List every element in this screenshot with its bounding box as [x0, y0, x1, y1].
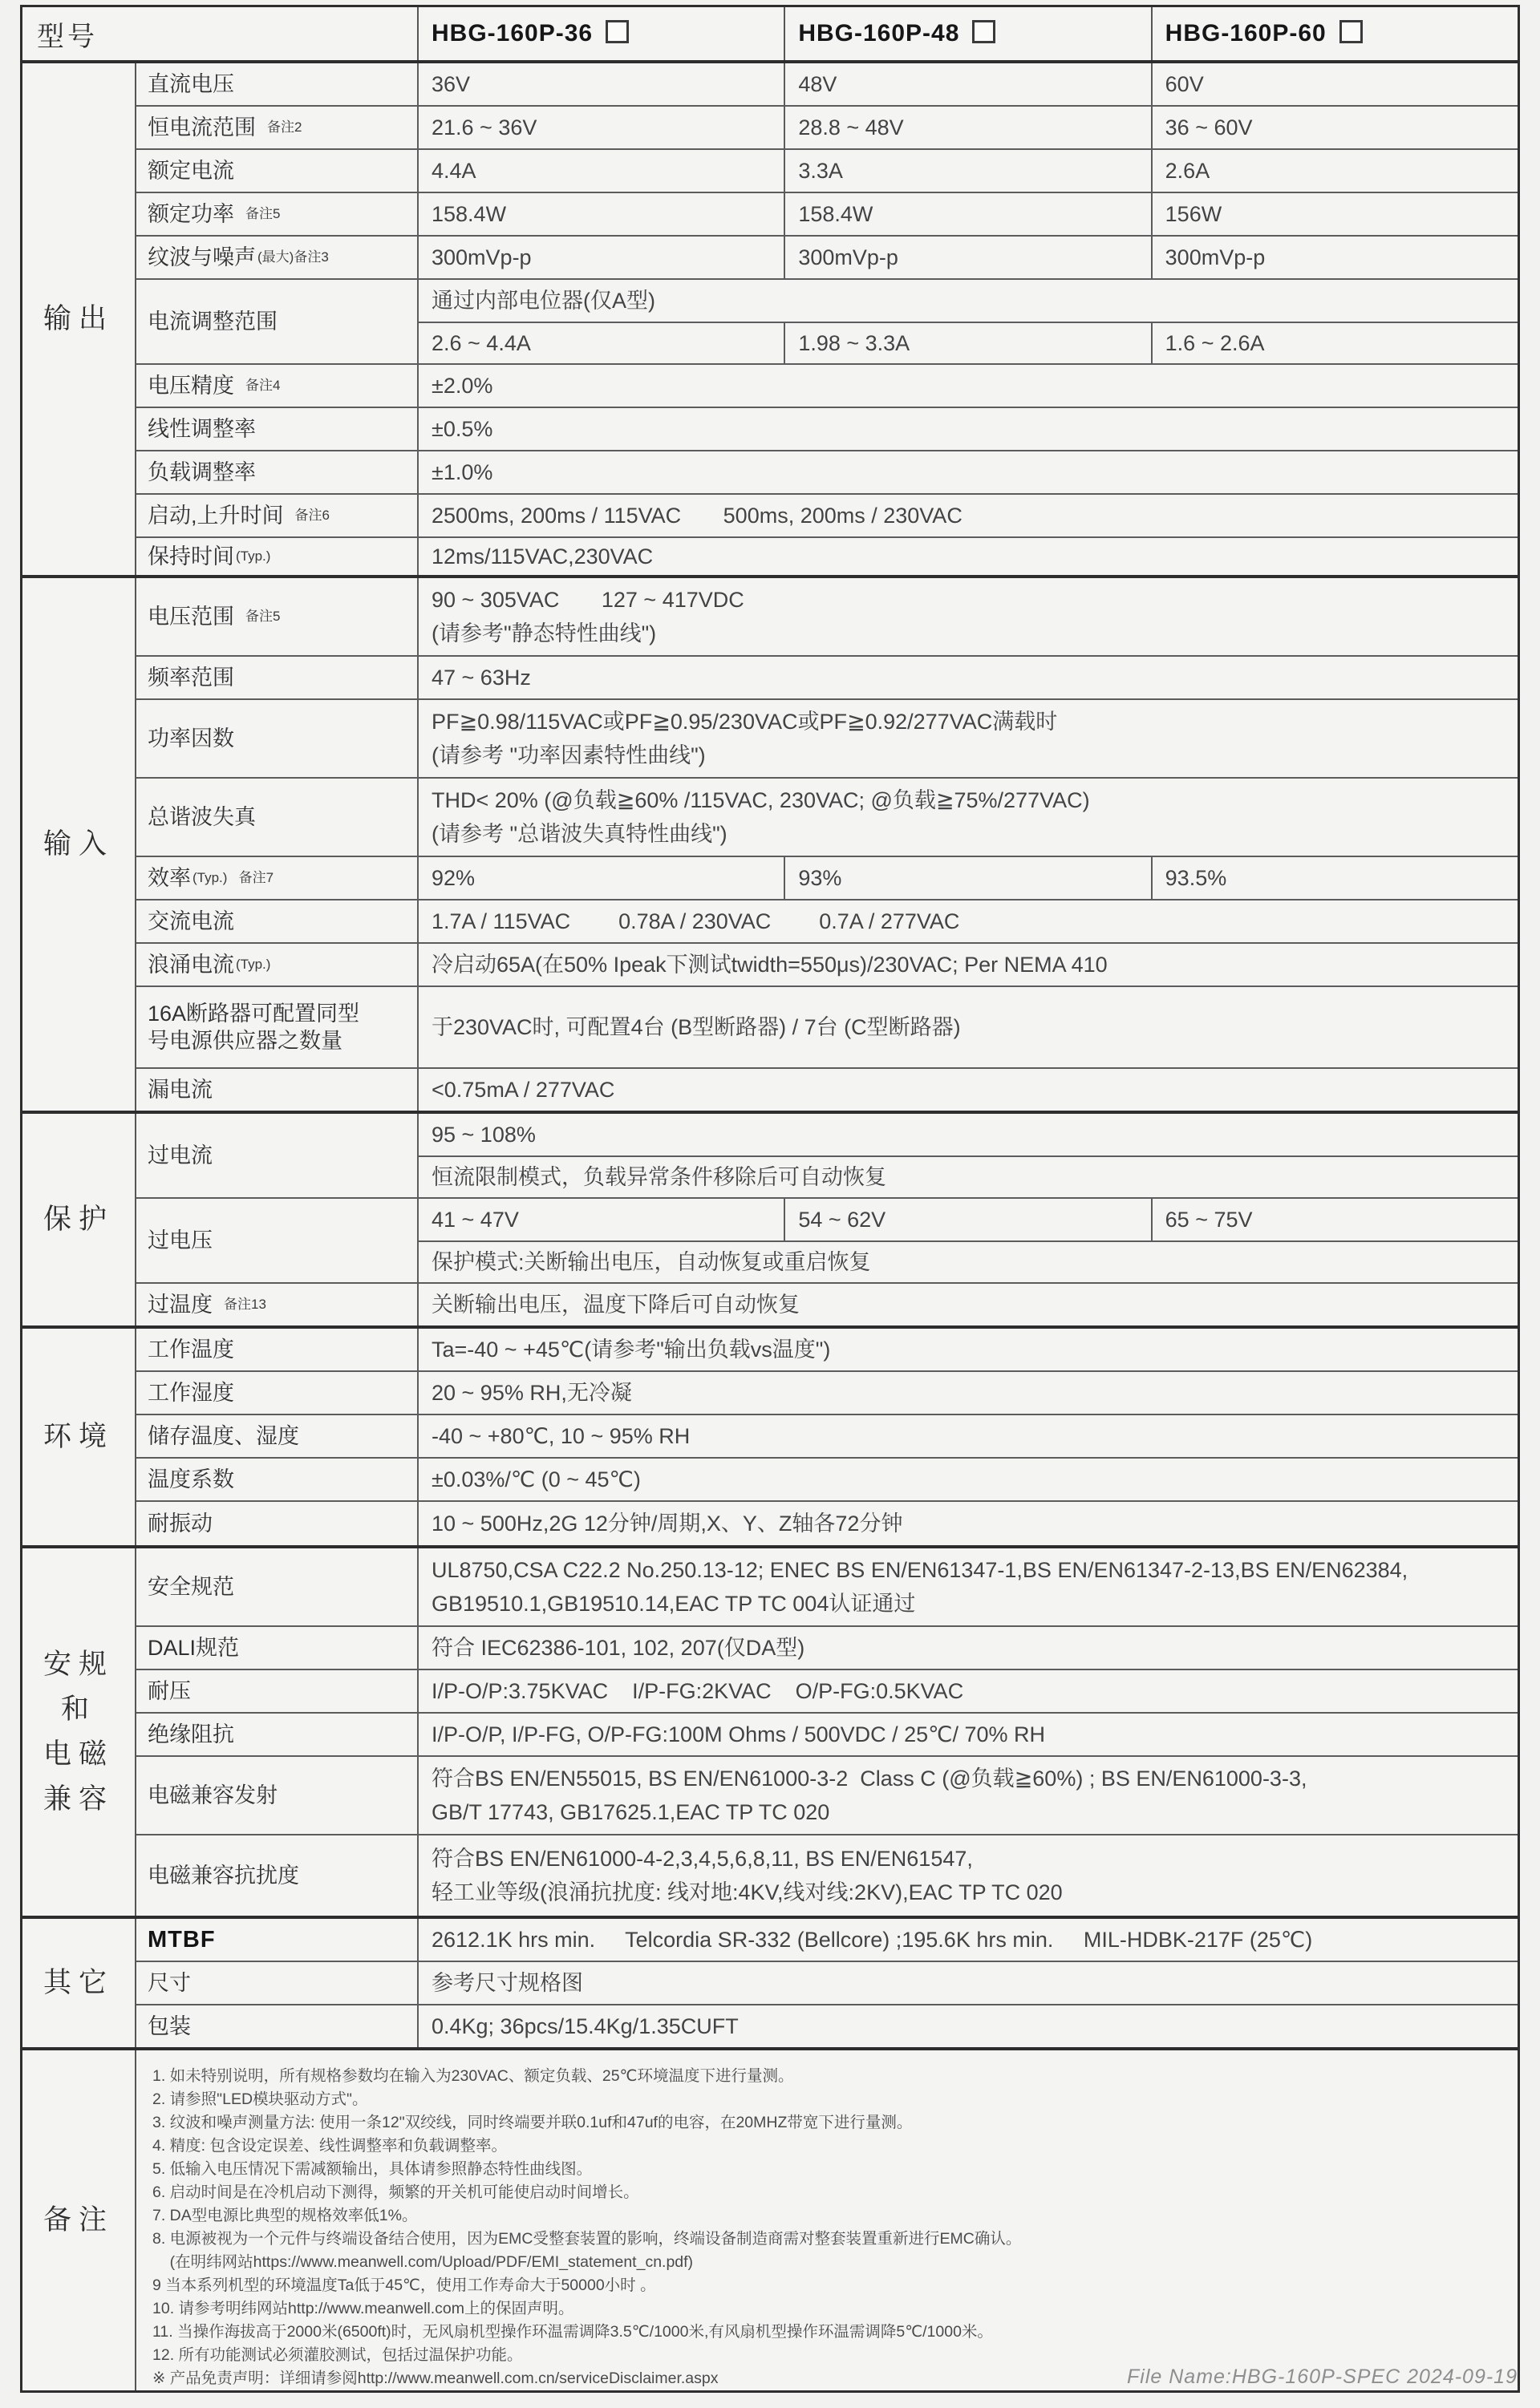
model-name-60: HBG-160P-60 — [1165, 20, 1327, 47]
model-header-row: 型号 HBG-160P-36 HBG-160P-48 HBG-160P-60 — [22, 7, 1518, 60]
spec-label: 电磁兼容抗扰度 — [136, 1835, 419, 1916]
spec-value-cell: 冷启动65A(在50% Ipeak下测试twidth=550μs)/230VAC… — [419, 944, 1518, 985]
spec-label: 功率因数 — [136, 700, 419, 777]
spec-label: 效率(Typ.) 备注7 — [136, 857, 419, 899]
spec-value-cell: 41 ~ 47V — [419, 1199, 784, 1240]
spec-table: 型号 HBG-160P-36 HBG-160P-48 HBG-160P-60 输… — [20, 5, 1520, 2393]
spec-values: I/P-O/P:3.75KVAC I/P-FG:2KVAC O/P-FG:0.5… — [419, 1670, 1518, 1712]
spec-label-text: 恒电流范围 — [148, 114, 256, 141]
spec-label-text: 耐压 — [148, 1678, 191, 1705]
spec-value-cell: 36 ~ 60V — [1151, 107, 1518, 148]
spec-label: 工作温度 — [136, 1329, 419, 1370]
spec-values: -40 ~ +80℃, 10 ~ 95% RH — [419, 1415, 1518, 1457]
spec-value-row: 300mVp-p300mVp-p300mVp-p — [419, 237, 1518, 278]
spec-row: 电流调整范围通过内部电位器(仅A型)2.6 ~ 4.4A1.98 ~ 3.3A1… — [136, 278, 1518, 363]
spec-label: 总谐波失真 — [136, 779, 419, 856]
spec-row: 线性调整率±0.5% — [136, 407, 1518, 450]
spec-row: 总谐波失真THD< 20% (@负载≧60% /115VAC, 230VAC; … — [136, 777, 1518, 856]
spec-values: 92%93%93.5% — [419, 857, 1518, 899]
spec-row: 温度系数±0.03%/℃ (0 ~ 45℃) — [136, 1457, 1518, 1500]
note-line-3: 3. 纹波和噪声测量方法: 使用一条12"双绞线，同时终端要并联0.1uf和47… — [152, 2111, 1501, 2135]
spec-value-cell: I/P-O/P, I/P-FG, O/P-FG:100M Ohms / 500V… — [419, 1714, 1518, 1755]
spec-row: 电磁兼容发射符合BS EN/EN55015, BS EN/EN61000-3-2… — [136, 1755, 1518, 1834]
spec-label-text: 电压精度 — [148, 372, 234, 399]
spec-value-cell: PF≧0.98/115VAC或PF≧0.95/230VAC或PF≧0.92/27… — [419, 700, 1518, 777]
spec-value-cell: 93.5% — [1151, 857, 1518, 899]
section-rows-input: 电压范围备注590 ~ 305VAC 127 ~ 417VDC (请参考"静态特… — [136, 578, 1518, 1111]
note-line-5: 5. 低输入电压情况下需减额输出，具体请参照静态特性曲线图。 — [152, 2158, 1501, 2181]
spec-label: 16A断路器可配置同型 号电源供应器之数量 — [136, 987, 419, 1067]
spec-row: 额定功率备注5158.4W158.4W156W — [136, 192, 1518, 235]
note-line-1: 1. 如未特别说明，所有规格参数均在输入为230VAC、额定负载、25℃环境温度… — [152, 2065, 1501, 2088]
spec-value-cell: 2.6 ~ 4.4A — [419, 323, 784, 363]
spec-row: 过温度备注13关断输出电压，温度下降后可自动恢复 — [136, 1282, 1518, 1325]
spec-value-cell: 0.4Kg; 36pcs/15.4Kg/1.35CUFT — [419, 2005, 1518, 2047]
note-line-12: 11. 当操作海拔高于2000米(6500ft)时，无风扇机型操作环温需调降3.… — [152, 2321, 1501, 2344]
spec-row: MTBF2612.1K hrs min. Telcordia SR-332 (B… — [136, 1919, 1518, 1961]
section-safety-emc: 安规 和 电磁 兼容安全规范UL8750,CSA C22.2 No.250.13… — [22, 1545, 1518, 1916]
spec-row: 过电压41 ~ 47V54 ~ 62V65 ~ 75V保护模式:关断输出电压，自… — [136, 1197, 1518, 1282]
spec-label: 过电流 — [136, 1114, 419, 1197]
spec-value-row: ±0.03%/℃ (0 ~ 45℃) — [419, 1459, 1518, 1500]
spec-value-row: 10 ~ 500Hz,2G 12分钟/周期,X、Y、Z轴各72分钟 — [419, 1502, 1518, 1545]
spec-label: 浪涌电流(Typ.) — [136, 944, 419, 985]
spec-row: 纹波与噪声(最大)备注3300mVp-p300mVp-p300mVp-p — [136, 235, 1518, 278]
spec-value-row: 12ms/115VAC,230VAC — [419, 538, 1518, 575]
spec-label-note: (Typ.) — [236, 951, 270, 978]
spec-values: 20 ~ 95% RH,无冷凝 — [419, 1372, 1518, 1414]
spec-value-cell: ±0.5% — [419, 408, 1518, 450]
spec-label: 启动,上升时间备注6 — [136, 495, 419, 536]
spec-row: 过电流95 ~ 108%恒流限制模式，负载异常条件移除后可自动恢复 — [136, 1114, 1518, 1197]
spec-row: 储存温度、湿度-40 ~ +80℃, 10 ~ 95% RH — [136, 1414, 1518, 1457]
spec-label: 负载调整率 — [136, 451, 419, 493]
spec-label-text: DALI规范 — [148, 1634, 239, 1661]
spec-value-row: 90 ~ 305VAC 127 ~ 417VDC (请参考"静态特性曲线") — [419, 578, 1518, 655]
spec-label-note: 备注5 — [245, 200, 280, 228]
spec-label: 温度系数 — [136, 1459, 419, 1500]
spec-label-note: 备注6 — [295, 502, 330, 529]
spec-label-note: (Typ.) 备注7 — [192, 864, 274, 892]
spec-values: 关断输出电压，温度下降后可自动恢复 — [419, 1284, 1518, 1325]
spec-row: 耐压I/P-O/P:3.75KVAC I/P-FG:2KVAC O/P-FG:0… — [136, 1669, 1518, 1712]
spec-value-cell: 28.8 ~ 48V — [784, 107, 1150, 148]
spec-row: 绝缘阻抗I/P-O/P, I/P-FG, O/P-FG:100M Ohms / … — [136, 1712, 1518, 1755]
spec-value-cell: 恒流限制模式，负载异常条件移除后可自动恢复 — [419, 1157, 1518, 1197]
spec-value-row: 符合BS EN/EN55015, BS EN/EN61000-3-2 Class… — [419, 1757, 1518, 1834]
spec-value-row: PF≧0.98/115VAC或PF≧0.95/230VAC或PF≧0.92/27… — [419, 700, 1518, 777]
spec-row: 工作温度Ta=-40 ~ +45℃(请参考"输出负载vs温度") — [136, 1329, 1518, 1370]
spec-label-text: 额定电流 — [148, 157, 234, 184]
spec-values: 2612.1K hrs min. Telcordia SR-332 (Bellc… — [419, 1919, 1518, 1961]
spec-label-text: 浪涌电流 — [148, 951, 234, 978]
spec-label-text: 尺寸 — [148, 1969, 191, 1997]
spec-label-text: 纹波与噪声 — [148, 244, 256, 271]
spec-row: 漏电流<0.75mA / 277VAC — [136, 1067, 1518, 1111]
model-header-36: HBG-160P-36 — [417, 7, 784, 60]
spec-value-row: 2500ms, 200ms / 115VAC 500ms, 200ms / 23… — [419, 495, 1518, 536]
spec-value-row: I/P-O/P:3.75KVAC I/P-FG:2KVAC O/P-FG:0.5… — [419, 1670, 1518, 1712]
model-checkbox-60 — [1339, 20, 1363, 43]
spec-value-row: UL8750,CSA C22.2 No.250.13-12; ENEC BS E… — [419, 1548, 1518, 1625]
spec-values: 参考尺寸规格图 — [419, 1962, 1518, 2004]
spec-row: 浪涌电流(Typ.)冷启动65A(在50% Ipeak下测试twidth=550… — [136, 942, 1518, 985]
spec-label-text: 频率范围 — [148, 664, 234, 691]
section-category-others: 其它 — [22, 1919, 136, 2047]
section-rows-output: 直流电压36V48V60V恒电流范围备注221.6 ~ 36V28.8 ~ 48… — [136, 63, 1518, 575]
spec-label-text: 安全规范 — [148, 1573, 234, 1601]
spec-values: 47 ~ 63Hz — [419, 657, 1518, 698]
spec-value-row: Ta=-40 ~ +45℃(请参考"输出负载vs温度") — [419, 1329, 1518, 1370]
spec-value-row: -40 ~ +80℃, 10 ~ 95% RH — [419, 1415, 1518, 1457]
spec-label: 耐压 — [136, 1670, 419, 1712]
spec-value-cell: 保护模式:关断输出电压，自动恢复或重启恢复 — [419, 1242, 1518, 1282]
note-line-9: (在明纬网站https://www.meanwell.com/Upload/PD… — [152, 2251, 1501, 2274]
spec-value-cell: 158.4W — [784, 193, 1150, 235]
spec-label-text: 直流电压 — [148, 71, 234, 98]
spec-label: 尺寸 — [136, 1962, 419, 2004]
spec-value-cell: 36V — [419, 63, 784, 105]
spec-label-text: 效率 — [148, 864, 191, 892]
spec-row: 效率(Typ.) 备注792%93%93.5% — [136, 856, 1518, 899]
spec-value-cell: 2.6A — [1151, 150, 1518, 192]
section-notes: 备注1. 如未特别说明，所有规格参数均在输入为230VAC、额定负载、25℃环境… — [22, 2047, 1518, 2390]
spec-label: 包装 — [136, 2005, 419, 2047]
spec-value-row: 通过内部电位器(仅A型) — [419, 280, 1518, 322]
spec-value-cell: 符合BS EN/EN61000-4-2,3,4,5,6,8,11, BS EN/… — [419, 1835, 1518, 1916]
spec-values: UL8750,CSA C22.2 No.250.13-12; ENEC BS E… — [419, 1548, 1518, 1625]
section-rows-notes: 1. 如未特别说明，所有规格参数均在输入为230VAC、额定负载、25℃环境温度… — [136, 2050, 1518, 2390]
spec-label-text: 交流电流 — [148, 908, 234, 935]
spec-values: 21.6 ~ 36V28.8 ~ 48V36 ~ 60V — [419, 107, 1518, 148]
spec-sheet-page: 型号 HBG-160P-36 HBG-160P-48 HBG-160P-60 输… — [0, 0, 1540, 2408]
spec-value-cell: ±0.03%/℃ (0 ~ 45℃) — [419, 1459, 1518, 1500]
spec-value-cell: ±2.0% — [419, 365, 1518, 407]
section-output: 输出直流电压36V48V60V恒电流范围备注221.6 ~ 36V28.8 ~ … — [22, 60, 1518, 575]
spec-value-cell: 2500ms, 200ms / 115VAC 500ms, 200ms / 23… — [419, 495, 1518, 536]
spec-value-cell: 65 ~ 75V — [1151, 1199, 1518, 1240]
spec-values: ±0.5% — [419, 408, 1518, 450]
spec-label-text: 包装 — [148, 2013, 191, 2040]
spec-label: MTBF — [136, 1919, 419, 1961]
spec-label-text: 过电压 — [148, 1227, 213, 1254]
spec-value-cell: 21.6 ~ 36V — [419, 107, 784, 148]
spec-value-cell: 300mVp-p — [1151, 237, 1518, 278]
spec-value-row: <0.75mA / 277VAC — [419, 1069, 1518, 1111]
spec-row: 16A断路器可配置同型 号电源供应器之数量于230VAC时, 可配置4台 (B型… — [136, 985, 1518, 1067]
spec-label-text: 额定功率 — [148, 200, 234, 228]
spec-values: 12ms/115VAC,230VAC — [419, 538, 1518, 575]
spec-value-cell: 54 ~ 62V — [784, 1199, 1150, 1240]
section-category-input: 输入 — [22, 578, 136, 1111]
section-category-environment: 环境 — [22, 1329, 136, 1545]
spec-label: 恒电流范围备注2 — [136, 107, 419, 148]
spec-value-cell: 12ms/115VAC,230VAC — [419, 538, 1518, 575]
spec-label-note: 备注4 — [245, 372, 280, 399]
spec-value-row: 符合 IEC62386-101, 102, 207(仅DA型) — [419, 1627, 1518, 1669]
spec-value-cell: 通过内部电位器(仅A型) — [419, 280, 1518, 322]
spec-label-note: 备注13 — [224, 1291, 266, 1318]
spec-label-text: 电压范围 — [148, 603, 234, 630]
spec-label-note: (最大)备注3 — [257, 244, 329, 271]
spec-values: 于230VAC时, 可配置4台 (B型断路器) / 7台 (C型断路器) — [419, 987, 1518, 1067]
spec-value-cell: 300mVp-p — [419, 237, 784, 278]
spec-value-row: 保护模式:关断输出电压，自动恢复或重启恢复 — [419, 1240, 1518, 1282]
spec-value-cell: ±1.0% — [419, 451, 1518, 493]
spec-label-text: 电磁兼容抗扰度 — [148, 1862, 299, 1889]
spec-value-row: 4.4A3.3A2.6A — [419, 150, 1518, 192]
spec-label: 过温度备注13 — [136, 1284, 419, 1325]
spec-label: 绝缘阻抗 — [136, 1714, 419, 1755]
spec-label: 保持时间(Typ.) — [136, 538, 419, 575]
spec-value-row: 47 ~ 63Hz — [419, 657, 1518, 698]
spec-value-cell: -40 ~ +80℃, 10 ~ 95% RH — [419, 1415, 1518, 1457]
spec-label-text: MTBF — [148, 1926, 216, 1953]
model-checkbox-36 — [606, 20, 629, 43]
spec-row: 尺寸参考尺寸规格图 — [136, 1961, 1518, 2004]
spec-value-cell: 2612.1K hrs min. Telcordia SR-332 (Bellc… — [419, 1919, 1518, 1961]
spec-value-cell: 92% — [419, 857, 784, 899]
spec-label-text: 工作温度 — [148, 1336, 234, 1363]
spec-value-cell: 93% — [784, 857, 1150, 899]
spec-label: 电压范围备注5 — [136, 578, 419, 655]
spec-value-cell: <0.75mA / 277VAC — [419, 1069, 1518, 1111]
spec-values: 158.4W158.4W156W — [419, 193, 1518, 235]
spec-label: 安全规范 — [136, 1548, 419, 1625]
spec-label-text: 16A断路器可配置同型 号电源供应器之数量 — [148, 1000, 359, 1054]
spec-value-cell: 156W — [1151, 193, 1518, 235]
spec-values: 1.7A / 115VAC 0.78A / 230VAC 0.7A / 277V… — [419, 900, 1518, 942]
spec-label-text: 工作湿度 — [148, 1379, 234, 1406]
spec-row: 频率范围47 ~ 63Hz — [136, 655, 1518, 698]
spec-row: 负载调整率±1.0% — [136, 450, 1518, 493]
spec-label-note: 备注2 — [267, 114, 302, 141]
spec-value-cell: 20 ~ 95% RH,无冷凝 — [419, 1372, 1518, 1414]
spec-value-row: I/P-O/P, I/P-FG, O/P-FG:100M Ohms / 500V… — [419, 1714, 1518, 1755]
spec-label: 漏电流 — [136, 1069, 419, 1111]
spec-row: 额定电流4.4A3.3A2.6A — [136, 148, 1518, 192]
spec-value-cell: 60V — [1151, 63, 1518, 105]
spec-values: THD< 20% (@负载≧60% /115VAC, 230VAC; @负载≧7… — [419, 779, 1518, 856]
spec-label: 额定电流 — [136, 150, 419, 192]
spec-row: 电压范围备注590 ~ 305VAC 127 ~ 417VDC (请参考"静态特… — [136, 578, 1518, 655]
spec-values: <0.75mA / 277VAC — [419, 1069, 1518, 1111]
spec-value-row: 21.6 ~ 36V28.8 ~ 48V36 ~ 60V — [419, 107, 1518, 148]
spec-label-text: 线性调整率 — [148, 415, 256, 443]
spec-value-cell: 参考尺寸规格图 — [419, 1962, 1518, 2004]
spec-values: 符合BS EN/EN55015, BS EN/EN61000-3-2 Class… — [419, 1757, 1518, 1834]
note-line-10: 9 当本系列机型的环境温度Ta低于45℃，使用工作寿命大于50000小时 。 — [152, 2274, 1501, 2297]
spec-value-cell: 10 ~ 500Hz,2G 12分钟/周期,X、Y、Z轴各72分钟 — [419, 1502, 1518, 1545]
spec-value-cell: I/P-O/P:3.75KVAC I/P-FG:2KVAC O/P-FG:0.5… — [419, 1670, 1518, 1712]
spec-label-text: 总谐波失真 — [148, 803, 256, 831]
model-checkbox-48 — [972, 20, 995, 43]
spec-label-text: 绝缘阻抗 — [148, 1721, 234, 1748]
section-others: 其它MTBF2612.1K hrs min. Telcordia SR-332 … — [22, 1916, 1518, 2047]
spec-value-cell: 4.4A — [419, 150, 784, 192]
spec-value-cell: 47 ~ 63Hz — [419, 657, 1518, 698]
section-category-safety-emc: 安规 和 电磁 兼容 — [22, 1548, 136, 1916]
spec-label-text: 温度系数 — [148, 1466, 234, 1493]
section-category-output: 输出 — [22, 63, 136, 575]
spec-value-cell: 关断输出电压，温度下降后可自动恢复 — [419, 1284, 1518, 1325]
spec-label-text: 储存温度、湿度 — [148, 1423, 299, 1450]
spec-label: 额定功率备注5 — [136, 193, 419, 235]
note-line-11: 10. 请参考明纬网站http://www.meanwell.com上的保固声明… — [152, 2297, 1501, 2321]
spec-value-row: 0.4Kg; 36pcs/15.4Kg/1.35CUFT — [419, 2005, 1518, 2047]
note-line-13: 12. 所有功能测试必须灌胶测试，包括过温保护功能。 — [152, 2344, 1501, 2367]
spec-value-row: 参考尺寸规格图 — [419, 1962, 1518, 2004]
spec-label: 过电压 — [136, 1199, 419, 1282]
section-environment: 环境工作温度Ta=-40 ~ +45℃(请参考"输出负载vs温度")工作湿度20… — [22, 1325, 1518, 1545]
model-header-60: HBG-160P-60 — [1151, 7, 1518, 60]
spec-value-row: 2.6 ~ 4.4A1.98 ~ 3.3A1.6 ~ 2.6A — [419, 322, 1518, 363]
spec-value-row: 20 ~ 95% RH,无冷凝 — [419, 1372, 1518, 1414]
model-header-48: HBG-160P-48 — [784, 7, 1150, 60]
spec-value-cell: 符合 IEC62386-101, 102, 207(仅DA型) — [419, 1627, 1518, 1669]
spec-value-row: ±0.5% — [419, 408, 1518, 450]
spec-value-cell: 符合BS EN/EN55015, BS EN/EN61000-3-2 Class… — [419, 1757, 1518, 1834]
section-category-notes: 备注 — [22, 2050, 136, 2390]
note-line-2: 2. 请参照"LED模块驱动方式"。 — [152, 2088, 1501, 2111]
spec-label-text: 功率因数 — [148, 725, 234, 752]
spec-values: 2500ms, 200ms / 115VAC 500ms, 200ms / 23… — [419, 495, 1518, 536]
spec-values: Ta=-40 ~ +45℃(请参考"输出负载vs温度") — [419, 1329, 1518, 1370]
spec-value-row: 158.4W158.4W156W — [419, 193, 1518, 235]
spec-label-text: 耐振动 — [148, 1510, 213, 1537]
spec-row: 功率因数PF≧0.98/115VAC或PF≧0.95/230VAC或PF≧0.9… — [136, 698, 1518, 777]
spec-label-text: 过电流 — [148, 1142, 213, 1169]
spec-value-cell: 48V — [784, 63, 1150, 105]
spec-label: 线性调整率 — [136, 408, 419, 450]
spec-values: 95 ~ 108%恒流限制模式，负载异常条件移除后可自动恢复 — [419, 1114, 1518, 1197]
spec-label-text: 负载调整率 — [148, 459, 256, 486]
spec-values: 通过内部电位器(仅A型)2.6 ~ 4.4A1.98 ~ 3.3A1.6 ~ 2… — [419, 280, 1518, 363]
spec-value-cell: 于230VAC时, 可配置4台 (B型断路器) / 7台 (C型断路器) — [419, 987, 1518, 1067]
spec-values: 符合BS EN/EN61000-4-2,3,4,5,6,8,11, BS EN/… — [419, 1835, 1518, 1916]
spec-value-row: 95 ~ 108% — [419, 1114, 1518, 1155]
spec-value-cell: THD< 20% (@负载≧60% /115VAC, 230VAC; @负载≧7… — [419, 779, 1518, 856]
section-rows-protection: 过电流95 ~ 108%恒流限制模式，负载异常条件移除后可自动恢复过电压41 ~… — [136, 1114, 1518, 1325]
spec-label: 电压精度备注4 — [136, 365, 419, 407]
spec-value-row: 1.7A / 115VAC 0.78A / 230VAC 0.7A / 277V… — [419, 900, 1518, 942]
spec-value-row: 2612.1K hrs min. Telcordia SR-332 (Bellc… — [419, 1919, 1518, 1961]
spec-value-cell: 1.98 ~ 3.3A — [784, 323, 1150, 363]
spec-value-row: THD< 20% (@负载≧60% /115VAC, 230VAC; @负载≧7… — [419, 779, 1518, 856]
spec-label-text: 漏电流 — [148, 1076, 213, 1103]
note-line-6: 6. 启动时间是在冷机启动下测得，频繁的开关机可能使启动时间增长。 — [152, 2181, 1501, 2204]
spec-values: ±1.0% — [419, 451, 1518, 493]
model-name-48: HBG-160P-48 — [798, 20, 959, 47]
spec-label: 储存温度、湿度 — [136, 1415, 419, 1457]
spec-value-cell: 90 ~ 305VAC 127 ~ 417VDC (请参考"静态特性曲线") — [419, 578, 1518, 655]
spec-values: 符合 IEC62386-101, 102, 207(仅DA型) — [419, 1627, 1518, 1669]
spec-values: 冷启动65A(在50% Ipeak下测试twidth=550μs)/230VAC… — [419, 944, 1518, 985]
spec-label-note: (Typ.) — [236, 543, 270, 570]
spec-label-note: 备注5 — [245, 603, 280, 630]
spec-values: 90 ~ 305VAC 127 ~ 417VDC (请参考"静态特性曲线") — [419, 578, 1518, 655]
notes-cell: 1. 如未特别说明，所有规格参数均在输入为230VAC、额定负载、25℃环境温度… — [136, 2050, 1518, 2390]
spec-row: 直流电压36V48V60V — [136, 63, 1518, 105]
spec-values: 4.4A3.3A2.6A — [419, 150, 1518, 192]
spec-label-text: 过温度 — [148, 1291, 213, 1318]
spec-label: 频率范围 — [136, 657, 419, 698]
spec-label: 电磁兼容发射 — [136, 1757, 419, 1834]
spec-row: 耐振动10 ~ 500Hz,2G 12分钟/周期,X、Y、Z轴各72分钟 — [136, 1500, 1518, 1545]
spec-value-row: 关断输出电压，温度下降后可自动恢复 — [419, 1284, 1518, 1325]
spec-value-row: 冷启动65A(在50% Ipeak下测试twidth=550μs)/230VAC… — [419, 944, 1518, 985]
file-name-footer: File Name:HBG-160P-SPEC 2024-09-19 — [1127, 2366, 1518, 2389]
spec-value-row: ±2.0% — [419, 365, 1518, 407]
spec-values: I/P-O/P, I/P-FG, O/P-FG:100M Ohms / 500V… — [419, 1714, 1518, 1755]
spec-value-cell: Ta=-40 ~ +45℃(请参考"输出负载vs温度") — [419, 1329, 1518, 1370]
spec-label: 工作湿度 — [136, 1372, 419, 1414]
spec-value-row: 符合BS EN/EN61000-4-2,3,4,5,6,8,11, BS EN/… — [419, 1835, 1518, 1916]
model-header-label: 型号 — [22, 7, 417, 60]
spec-label: 电流调整范围 — [136, 280, 419, 363]
spec-value-row: ±1.0% — [419, 451, 1518, 493]
spec-value-cell: 300mVp-p — [784, 237, 1150, 278]
spec-value-cell: 1.6 ~ 2.6A — [1151, 323, 1518, 363]
spec-row: 安全规范UL8750,CSA C22.2 No.250.13-12; ENEC … — [136, 1548, 1518, 1625]
section-input: 输入电压范围备注590 ~ 305VAC 127 ~ 417VDC (请参考"静… — [22, 575, 1518, 1111]
spec-row: 恒电流范围备注221.6 ~ 36V28.8 ~ 48V36 ~ 60V — [136, 105, 1518, 148]
spec-row: 启动,上升时间备注62500ms, 200ms / 115VAC 500ms, … — [136, 493, 1518, 536]
note-line-7: 7. DA型电源比典型的规格效率低1%。 — [152, 2204, 1501, 2228]
section-rows-safety-emc: 安全规范UL8750,CSA C22.2 No.250.13-12; ENEC … — [136, 1548, 1518, 1916]
spec-value-row: 于230VAC时, 可配置4台 (B型断路器) / 7台 (C型断路器) — [419, 987, 1518, 1067]
spec-label-text: 电流调整范围 — [148, 308, 278, 335]
spec-value-cell: 158.4W — [419, 193, 784, 235]
spec-values: 36V48V60V — [419, 63, 1518, 105]
spec-value-row: 36V48V60V — [419, 63, 1518, 105]
spec-value-row: 41 ~ 47V54 ~ 62V65 ~ 75V — [419, 1199, 1518, 1240]
spec-row: 工作湿度20 ~ 95% RH,无冷凝 — [136, 1370, 1518, 1414]
spec-label: 交流电流 — [136, 900, 419, 942]
spec-row: DALI规范符合 IEC62386-101, 102, 207(仅DA型) — [136, 1625, 1518, 1669]
spec-value-cell: 3.3A — [784, 150, 1150, 192]
spec-value-cell: UL8750,CSA C22.2 No.250.13-12; ENEC BS E… — [419, 1548, 1518, 1625]
spec-row: 交流电流1.7A / 115VAC 0.78A / 230VAC 0.7A / … — [136, 899, 1518, 942]
spec-value-cell: 1.7A / 115VAC 0.78A / 230VAC 0.7A / 277V… — [419, 900, 1518, 942]
spec-row: 保持时间(Typ.)12ms/115VAC,230VAC — [136, 536, 1518, 575]
spec-label-text: 保持时间 — [148, 543, 234, 570]
spec-values: ±2.0% — [419, 365, 1518, 407]
note-line-4: 4. 精度: 包含设定误差、线性调整率和负载调整率。 — [152, 2135, 1501, 2158]
spec-values: 10 ~ 500Hz,2G 12分钟/周期,X、Y、Z轴各72分钟 — [419, 1502, 1518, 1545]
note-line-8: 8. 电源被视为一个元件与终端设备结合使用，因为EMC受整套装置的影响，终端设备… — [152, 2228, 1501, 2251]
spec-label-text: 启动,上升时间 — [148, 502, 284, 529]
spec-values: 300mVp-p300mVp-p300mVp-p — [419, 237, 1518, 278]
spec-values: 0.4Kg; 36pcs/15.4Kg/1.35CUFT — [419, 2005, 1518, 2047]
spec-row: 电磁兼容抗扰度符合BS EN/EN61000-4-2,3,4,5,6,8,11,… — [136, 1834, 1518, 1916]
section-rows-environment: 工作温度Ta=-40 ~ +45℃(请参考"输出负载vs温度")工作湿度20 ~… — [136, 1329, 1518, 1545]
spec-table-body: 输出直流电压36V48V60V恒电流范围备注221.6 ~ 36V28.8 ~ … — [22, 60, 1518, 2390]
spec-label: DALI规范 — [136, 1627, 419, 1669]
spec-value-row: 恒流限制模式，负载异常条件移除后可自动恢复 — [419, 1155, 1518, 1197]
spec-label: 耐振动 — [136, 1502, 419, 1545]
spec-value-cell: 95 ~ 108% — [419, 1114, 1518, 1155]
spec-values: 41 ~ 47V54 ~ 62V65 ~ 75V保护模式:关断输出电压，自动恢复… — [419, 1199, 1518, 1282]
section-protection: 保护过电流95 ~ 108%恒流限制模式，负载异常条件移除后可自动恢复过电压41… — [22, 1111, 1518, 1325]
section-category-protection: 保护 — [22, 1114, 136, 1325]
spec-label-text: 电磁兼容发射 — [148, 1782, 278, 1809]
spec-values: ±0.03%/℃ (0 ~ 45℃) — [419, 1459, 1518, 1500]
spec-values: PF≧0.98/115VAC或PF≧0.95/230VAC或PF≧0.92/27… — [419, 700, 1518, 777]
model-name-36: HBG-160P-36 — [432, 20, 593, 47]
spec-value-row: 92%93%93.5% — [419, 857, 1518, 899]
spec-label: 直流电压 — [136, 63, 419, 105]
